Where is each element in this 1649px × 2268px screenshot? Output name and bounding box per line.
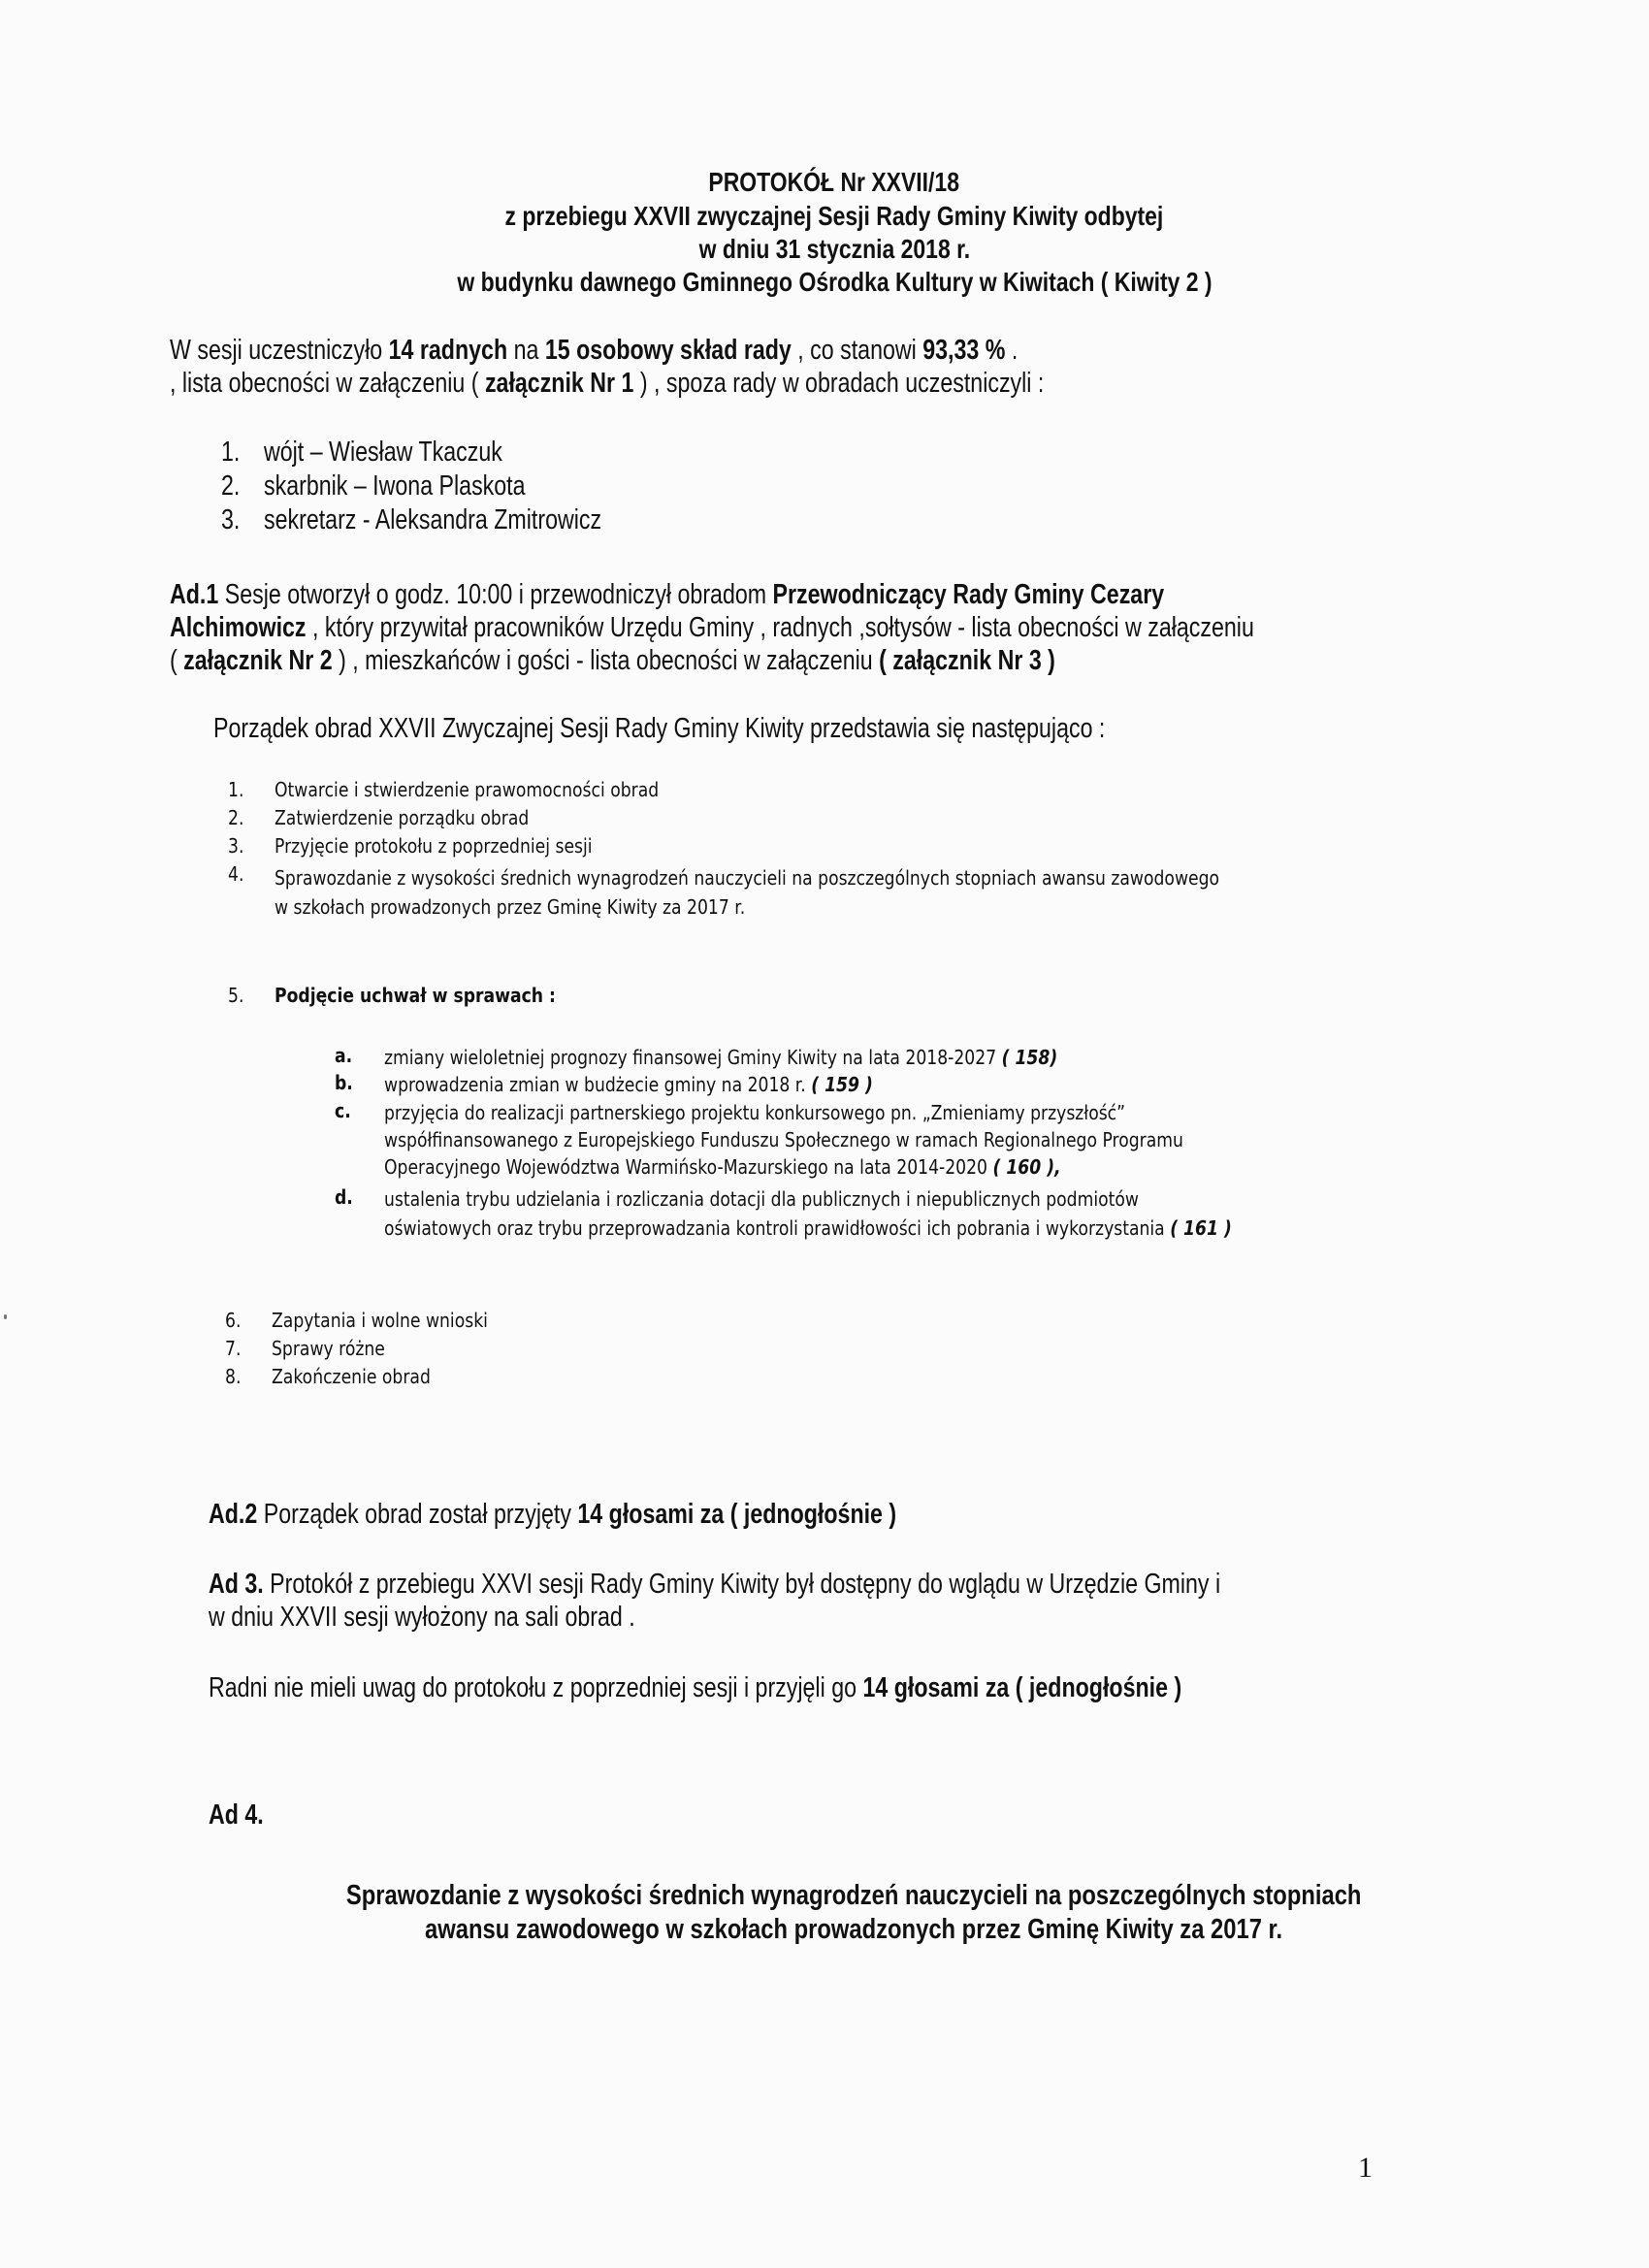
list-item: 6.	[225, 1309, 243, 1332]
document-subtitle-session: z przebiegu XXVII zwyczajnej Sesji Rady …	[10, 201, 1649, 232]
ad4-title-line1: Sprawozdanie z wysokości średnich wynagr…	[29, 1880, 1649, 1912]
sub-item: przyjęcia do realizacji partnerskiego pr…	[384, 1101, 1245, 1124]
sub-item-continuation: oświatowych oraz trybu przeprowadzania k…	[384, 1216, 1370, 1240]
list-item: 4.	[228, 862, 246, 886]
sub-item-letter: c.	[335, 1099, 353, 1122]
document-subtitle-date: w dniu 31 stycznia 2018 r.	[10, 234, 1649, 265]
ad3-paragraph-line1: Ad 3. Protokół z przebiegu XXVI sesji Ra…	[209, 1569, 1473, 1601]
list-item: Sprawozdanie z wysokości średnich wynagr…	[275, 866, 1374, 890]
sub-item-continuation: współfinansowanego z Europejskiego Fundu…	[384, 1128, 1313, 1151]
sub-item: zmiany wieloletniej prognozy finansowej …	[384, 1046, 1167, 1069]
list-item: skarbnik – Iwona Plaskota	[264, 470, 591, 502]
ad3-approval-paragraph: Radni nie mieli uwag do protokołu z popr…	[209, 1672, 1425, 1704]
ad4-title-line2: awansu zawodowego w szkołach prowadzonyc…	[29, 1914, 1649, 1946]
list-item: Podjęcie uchwał w sprawach :	[275, 984, 601, 1007]
list-item: 1.	[221, 437, 244, 469]
ad3-paragraph-line2: w dniu XXVII sesji wyłożony na sali obra…	[209, 1602, 742, 1634]
list-item: 2.	[228, 806, 246, 829]
sub-item-letter: a.	[335, 1044, 355, 1067]
list-item: sekretarz - Aleksandra Zmitrowicz	[264, 504, 686, 536]
sub-item-continuation: Operacyjnego Województwa Warmińsko-Mazur…	[384, 1155, 1171, 1179]
ad1-paragraph-line1: Ad.1 Sesje otworzył o godz. 10:00 i prze…	[170, 579, 1412, 611]
ad1-paragraph-line2: Alchimowicz , który przywitał pracownikó…	[170, 612, 1525, 644]
sub-item: wprowadzenia zmian w budżecie gminy na 2…	[384, 1073, 953, 1096]
ad2-paragraph: Ad.2 Porządek obrad został przyjęty 14 g…	[209, 1499, 1068, 1531]
list-item: 5.	[228, 984, 246, 1007]
sub-item-letter: d.	[335, 1185, 356, 1209]
document-title: PROTOKÓŁ Nr XXVII/18	[10, 167, 1649, 198]
page-number: 1	[1358, 2152, 1373, 2185]
scan-mark	[4, 1314, 7, 1319]
list-item: Zakończenie obrad	[272, 1365, 457, 1388]
sub-item: ustalenia trybu udzielania i rozliczania…	[384, 1187, 1262, 1211]
list-item: 8.	[225, 1365, 243, 1388]
attendance-list-note: , lista obecności w załączeniu ( załączn…	[170, 368, 1263, 400]
agenda-intro: Porządek obrad XXVII Zwyczajnej Sesji Ra…	[213, 713, 1328, 745]
list-item-continuation: w szkołach prowadzonych przez Gminę Kiwi…	[275, 895, 822, 919]
attendance-paragraph: W sesji uczestniczyło 14 radnych na 15 o…	[170, 335, 1230, 367]
list-item: Przyjęcie protokołu z poprzedniej sesji	[275, 834, 644, 858]
list-item: Otwarcie i stwierdzenie prawomocności ob…	[275, 778, 722, 801]
list-item: 2.	[221, 470, 244, 502]
document-subtitle-location: w budynku dawnego Gminnego Ośrodka Kultu…	[10, 267, 1649, 298]
sub-item-letter: b.	[335, 1071, 356, 1094]
list-item: Zapytania i wolne wnioski	[272, 1309, 523, 1332]
list-item: wójt – Wiesław Tkaczuk	[264, 437, 562, 469]
list-item: 1.	[228, 778, 246, 801]
list-item: 3.	[221, 504, 244, 536]
list-item: Sprawy różne	[272, 1337, 404, 1360]
ad1-paragraph-line3: ( załącznik Nr 2 ) , mieszkańców i gości…	[170, 645, 1277, 677]
ad4-label: Ad 4.	[209, 1799, 277, 1831]
list-item: 3.	[228, 834, 246, 858]
list-item: Zatwierdzenie porządku obrad	[275, 806, 570, 829]
list-item: 7.	[225, 1337, 243, 1360]
